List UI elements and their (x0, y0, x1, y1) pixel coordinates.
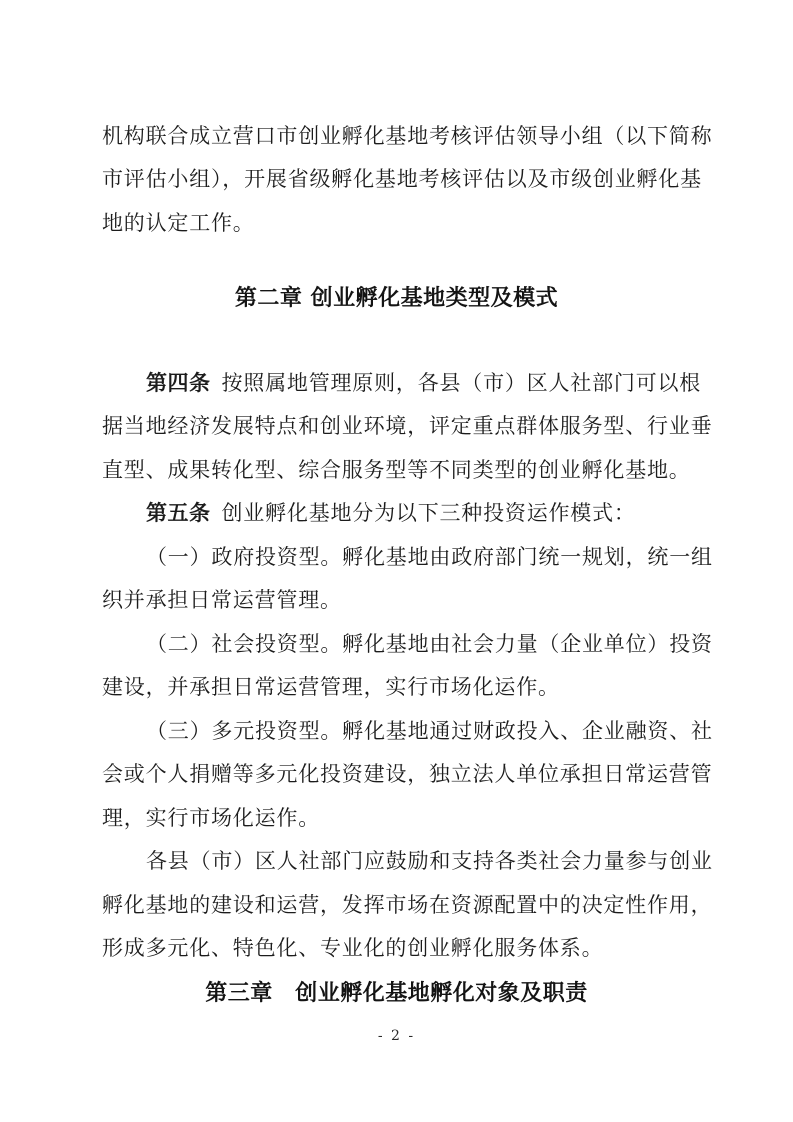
article-4-term: 第四条 (146, 371, 211, 395)
body-line: 市评估小组），开展省级孵化基地考核评估以及市级创业孵化基 (102, 168, 702, 191)
body-line: 直型、成果转化型、综合服务型等不同类型的创业孵化基地。 (102, 459, 691, 482)
chapter-heading-2: 第二章 创业孵化基地类型及模式 (0, 287, 793, 311)
body-line: 地的认定工作。 (102, 212, 255, 235)
document-page: 机构联合成立营口市创业孵化基地考核评估领导小组（以下简称 市评估小组），开展省级… (0, 0, 793, 1122)
body-line: 建设，并承担日常运营管理，实行市场化运作。 (102, 676, 560, 699)
body-line-item-2: （二）社会投资型。孵化基地由社会力量（企业单位）投资 (146, 633, 713, 656)
article-5-text: 创业孵化基地分为以下三种投资运作模式： (222, 501, 636, 525)
body-line: 据当地经济发展特点和创业环境，评定重点群体服务型、行业垂 (102, 415, 712, 438)
article-4-text: 按照属地管理原则，各县（市）区人社部门可以根 (222, 371, 702, 395)
chapter-heading-3: 第三章 创业孵化基地孵化对象及职责 (0, 982, 793, 1006)
body-line-article-4: 第四条按照属地管理原则，各县（市）区人社部门可以根 (146, 372, 701, 395)
body-line: 孵化基地的建设和运营，发挥市场在资源配置中的决定性作用， (102, 894, 712, 917)
body-line: 织并承担日常运营管理。 (102, 589, 342, 612)
article-5-term: 第五条 (146, 501, 211, 525)
body-line-article-5: 第五条创业孵化基地分为以下三种投资运作模式： (146, 502, 636, 525)
body-line: 会或个人捐赠等多元化投资建设，独立法人单位承担日常运营管 (102, 763, 712, 786)
body-line: 各县（市）区人社部门应鼓励和支持各类社会力量参与创业 (146, 850, 713, 873)
page-number: - 2 - (0, 1028, 793, 1044)
body-line: 机构联合成立营口市创业孵化基地考核评估领导小组（以下简称 (102, 125, 712, 148)
body-line-item-3: （三）多元投资型。孵化基地通过财政投入、企业融资、社 (146, 720, 713, 743)
body-line: 理，实行市场化运作。 (102, 807, 320, 830)
body-line: 形成多元化、特色化、专业化的创业孵化服务体系。 (102, 937, 603, 960)
body-line-item-1: （一）政府投资型。孵化基地由政府部门统一规划，统一组 (146, 546, 713, 569)
